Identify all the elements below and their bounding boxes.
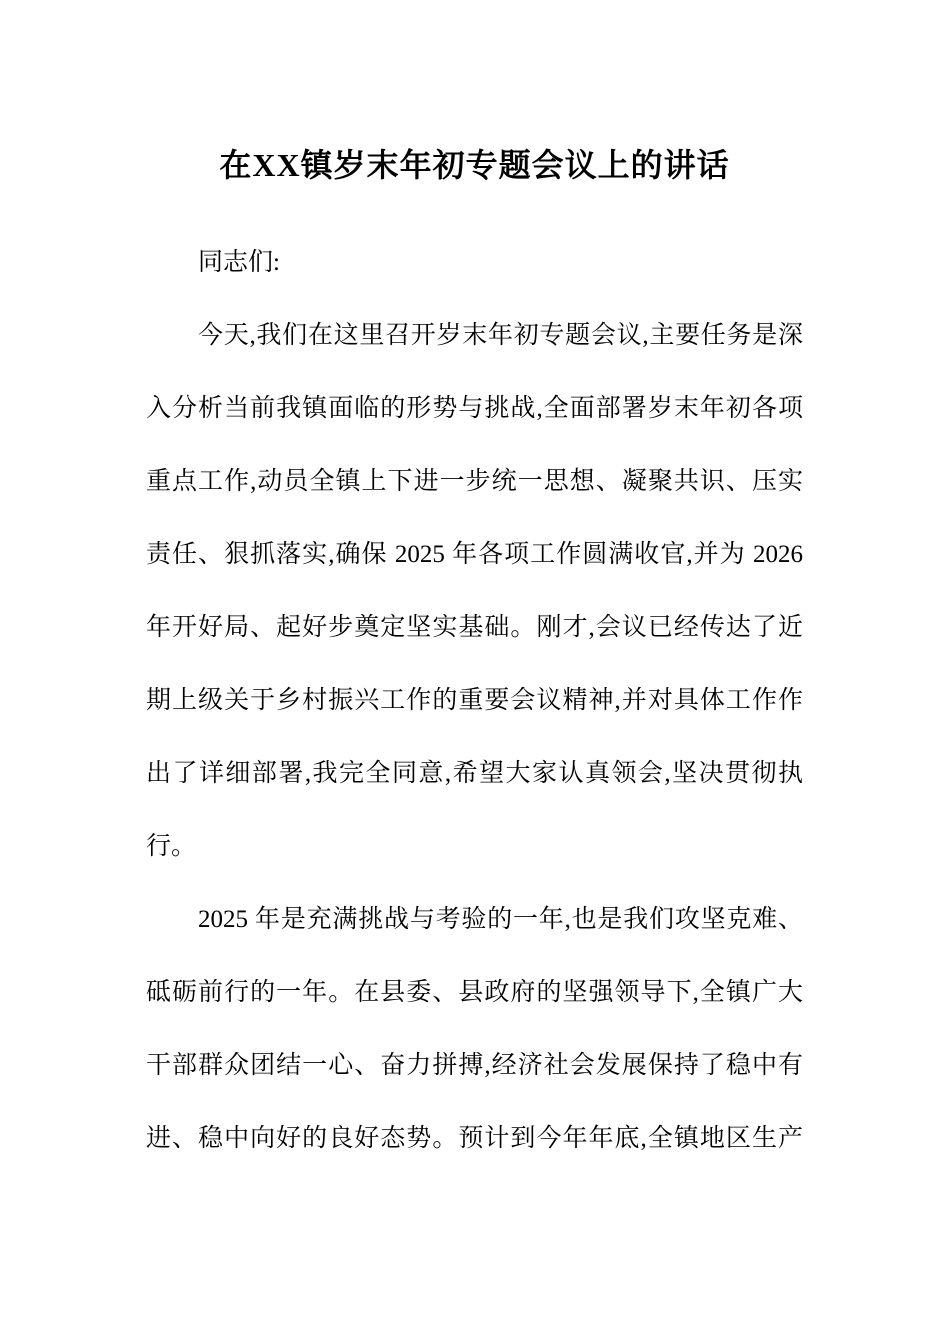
body-line: 干部群众团结一心、奋力拼搏,经济社会发展保持了稳中有 — [146, 1029, 803, 1102]
body-line: 砥砺前行的一年。在县委、县政府的坚强领导下,全镇广大 — [146, 956, 803, 1029]
body-line: 进、稳中向好的良好态势。预计到今年年底,全镇地区生产 — [146, 1102, 803, 1175]
body-line: 出了详细部署,我完全同意,希望大家认真领会,坚决贯彻执 — [146, 737, 803, 810]
document-page: 在XX镇岁末年初专题会议上的讲话 同志们: 今天,我们在这里召开岁末年初专题会议… — [0, 0, 950, 1344]
body-line: 今天,我们在这里召开岁末年初专题会议,主要任务是深 — [146, 299, 803, 372]
body-line: 重点工作,动员全镇上下进一步统一思想、凝聚共识、压实 — [146, 445, 803, 518]
document-body: 同志们: 今天,我们在这里召开岁末年初专题会议,主要任务是深 入分析当前我镇面临… — [146, 226, 803, 1175]
page-content: 在XX镇岁末年初专题会议上的讲话 同志们: 今天,我们在这里召开岁末年初专题会议… — [0, 0, 950, 1175]
body-line: 责任、狠抓落实,确保 2025 年各项工作圆满收官,并为 2026 — [146, 518, 803, 591]
body-line: 期上级关于乡村振兴工作的重要会议精神,并对具体工作作 — [146, 664, 803, 737]
body-line: 行。 — [146, 810, 803, 883]
salutation-line: 同志们: — [146, 226, 803, 299]
body-line: 入分析当前我镇面临的形势与挑战,全面部署岁末年初各项 — [146, 372, 803, 445]
body-line: 年开好局、起好步奠定坚实基础。刚才,会议已经传达了近 — [146, 591, 803, 664]
body-line: 2025 年是充满挑战与考验的一年,也是我们攻坚克难、 — [146, 883, 803, 956]
document-title: 在XX镇岁末年初专题会议上的讲话 — [146, 0, 803, 184]
